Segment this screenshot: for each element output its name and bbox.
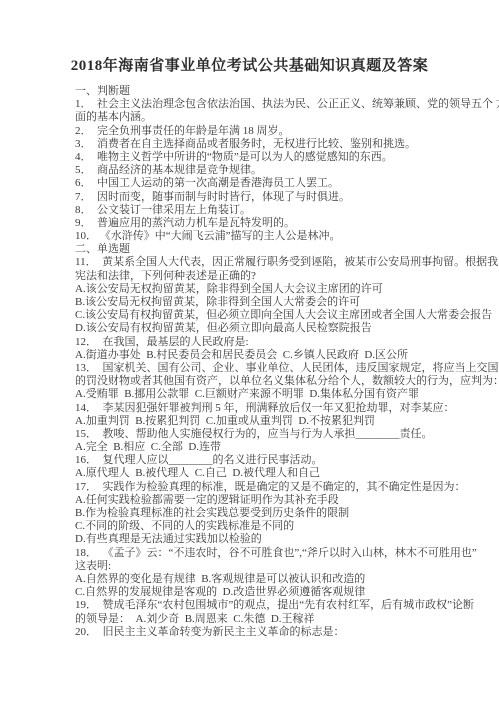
question-line: 14． 李某因犯强奸罪被判刑 5 年，刑满释放后仅一年又犯抢劫罪，对李某应： [75, 402, 439, 415]
question-line: 16． 复代理人应以________的名义进行民事活动。 [75, 454, 439, 467]
question-option-line: C.该公安局有权拘留黄某，但必须立即向全国人大会议主席团或者全国人大常委会报告 [75, 309, 439, 322]
question-option-line: A.街道办事处 B.村民委员会和居民委员会 C.乡镇人民政府 D.区公所 [75, 349, 439, 362]
question-option-line: 的领导是： A.刘少奇 B.周恩来 C.朱德 D.王稼祥 [75, 613, 439, 626]
question-option-line: A.完全 B.相应 C.全部 D.连带 [75, 441, 439, 454]
question-option-line: C.自然界的发展规律是客观的 D.改造世界必须遵循客观规律 [75, 586, 439, 599]
document-title: 2018年海南省事业单位考试公共基础知识真题及答案 [0, 0, 499, 75]
document-body: 一、判断题 1． 社会主义法治理念包含依法治国、执法为民、公正正义、统筹兼顾、党… [75, 85, 439, 639]
question-line: 宪法和法律，下列何种表述是正确的? [75, 270, 439, 283]
question-option-line: A.受贿罪 B.挪用公款罪 C.巨额财产来源不明罪 D.集体私分国有资产罪 [75, 388, 439, 401]
question-option-line: B.作为检验真理标准的社会实践总要受到历史条件的限制 [75, 507, 439, 520]
question-line: 8． 公文装订一律采用左上角装订。 [75, 204, 439, 217]
question-line: 10． 《水浒传》中“大闹飞云浦”描写的主人公是林冲。 [75, 230, 439, 243]
question-line: 的罚没财物或者其他国有资产，以单位名义集体私分给个人，数额较大的行为，应判为： [75, 375, 439, 388]
question-line: 9． 普遍应用的蒸汽动力机车是瓦特发明的。 [75, 217, 439, 230]
question-line: 2． 完全负刑事责任的年龄是年满 18 周岁。 [75, 125, 439, 138]
question-line: 1． 社会主义法治理念包含依法治国、执法为民、公正正义、统筹兼顾、党的领导五个 … [75, 98, 439, 111]
question-option-line: B.该公安局无权拘留黄某，除非得到全国人大常委会的许可 [75, 296, 439, 309]
question-line: 面的基本内涵。 [75, 111, 439, 124]
section-heading: 二、单选题 [75, 243, 439, 256]
section-heading: 一、判断题 [75, 85, 439, 98]
question-line: 18． 《孟子》云：“不违农时，谷不可胜食也”,“斧斤以时入山林，林木不可胜用也… [75, 547, 439, 560]
document-page: 2018年海南省事业单位考试公共基础知识真题及答案 一、判断题 1． 社会主义法… [0, 0, 499, 706]
question-line: 20． 旧民主主义革命转变为新民主主义革命的标志是： [75, 626, 439, 639]
question-line: 这表明: [75, 560, 439, 573]
question-option-line: A.任何实践检验都需要一定的逻辑证明作为其补充手段 [75, 494, 439, 507]
question-option-line: A.该公安局无权拘留黄某，除非得到全国人大会议主席团的许可 [75, 283, 439, 296]
question-line: 7． 因时而变，随事而制与时时皆行，体现了与时俱进。 [75, 191, 439, 204]
question-option-line: C.不同的阶级、不同的人的实践标准是不同的 [75, 520, 439, 533]
question-line: 13． 国家机关、国有公司、企业、事业单位、人民团体，违反国家规定，将应当上交国… [75, 362, 439, 375]
question-option-line: A.自然界的变化是有规律 B.客观规律是可以被认识和改造的 [75, 573, 439, 586]
question-option-line: A.加重判罚 B.按累犯判罚 C.加重或从重判罚 D.不按累犯判罚 [75, 415, 439, 428]
question-line: 17． 实践作为检验真理的标准，既是确定的又是不确定的，其不确定性是因为： [75, 481, 439, 494]
question-option-line: D.有些真理是无法通过实践加以检验的 [75, 533, 439, 546]
question-line: 5． 商品经济的基本规律是竞争规律。 [75, 164, 439, 177]
question-line: 12． 在我国，最基层的人民政府是: [75, 336, 439, 349]
question-line: 6． 中国工人运动的第一次高潮是香港海员工人罢工。 [75, 177, 439, 190]
question-option-line: D.该公安局有权拘留黄某，但必须立即向最高人民检察院报告 [75, 322, 439, 335]
question-line: 3． 消费者在自主选择商品或者服务时，无权进行比较、鉴别和挑选。 [75, 138, 439, 151]
question-line: 4． 唯物主义哲学中所讲的“物质”是可以为人的感觉感知的东西。 [75, 151, 439, 164]
question-line: 19． 赞成毛泽东“农村包围城市”的观点，提出“先有农村红军，后有城市政权”论断 [75, 599, 439, 612]
question-line: 11． 黄某系全国人大代表，因正常履行职务受到诬陷，被某市公安局刑事拘留。根据我… [75, 256, 439, 269]
question-option-line: A.原代理人 B.被代理人 C.自己 D.被代理人和自己 [75, 467, 439, 480]
question-line: 15． 教唆、帮助他人实施侵权行为的，应当与行为人承担________责任。 [75, 428, 439, 441]
